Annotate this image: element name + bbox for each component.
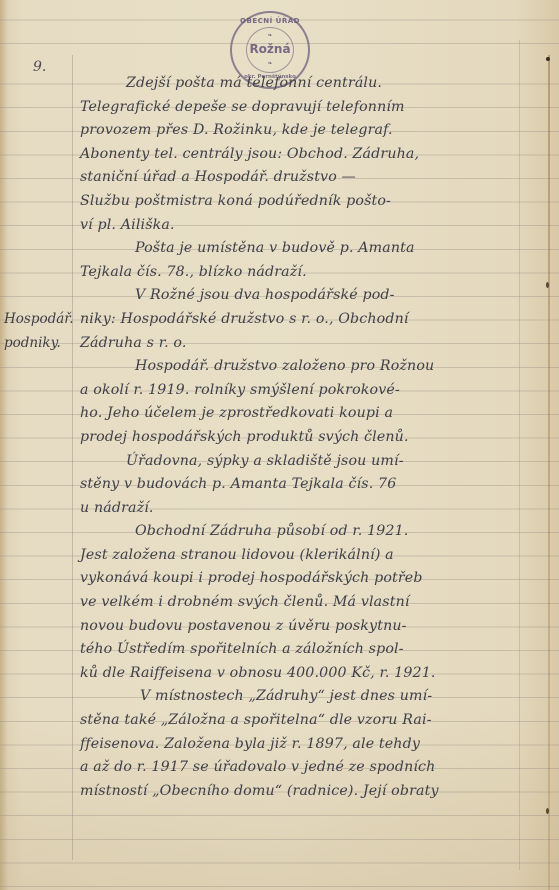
stamp-top-text: OBECNÍ ÚŘAD [232,17,308,25]
text-line: a až do r. 1917 se úřadovalo v jedné ze … [80,756,520,780]
text-line: Tejkala čís. 78., blízko nádraží. [80,261,520,285]
text-line: ffeisenova. Založena byla již r. 1897, a… [80,733,520,757]
text-line: stěny v budovách p. Amanta Tejkala čís. … [80,473,520,497]
scanned-page: 9. OBECNÍ ÚŘAD ❧ Rožná ❧ okr. Pernštýnsk… [0,0,559,890]
text-line: Telegrafické depeše se dopravují telefon… [80,96,520,120]
text-line: Zádruha s r. o. [80,332,520,356]
text-line: ve velkém i drobném svých členů. Má vlas… [80,591,520,615]
text-line: niky: Hospodářské družstvo s r. o., Obch… [80,308,520,332]
text-line: Jest založena stranou lidovou (klerikáln… [80,544,520,568]
margin-note: podniky. [4,332,72,356]
binding-fold [548,55,550,890]
handwritten-text-body: Zdejší pošta má telefonní centrálu. Tele… [80,72,520,803]
text-line: ků dle Raiffeisena v obnosu 400.000 Kč, … [80,662,520,686]
stamp-center-text: Rožná [232,42,308,56]
text-line: prodej hospodářských produktů svých člen… [80,426,520,450]
text-line: stěna také „Záložna a spořitelna“ dle vz… [80,709,520,733]
text-line: staniční úřad a Hospodář. družstvo — [80,166,520,190]
text-line: Abonenty tel. centrály jsou: Obchod. Zád… [80,143,520,167]
left-margin-line [72,55,73,860]
text-line: V místnostech „Zádruhy“ jest dnes umí- [80,685,520,709]
text-line: Úřadovna, sýpky a skladiště jsou umí- [80,450,520,474]
text-line: a okolí r. 1919. rolníky smýšlení pokrok… [80,379,520,403]
text-line: Obchodní Zádruha působí od r. 1921. [80,520,520,544]
margin-note: Hospodář. [4,308,72,332]
text-line: novou budovu postavenou z úvěru poskytnu… [80,615,520,639]
binding-hole [546,282,549,288]
stamp-ornament-icon: ❧ [232,60,308,67]
text-line: vykonává koupi i prodej hospodářských po… [80,567,520,591]
text-line: tého Ústředím spořitelních a záložních s… [80,638,520,662]
page-number: 9. [33,59,46,75]
text-line: Službu poštmistra koná podúředník pošto- [80,190,520,214]
binding-hole [546,57,550,61]
stamp-ornament-icon: ❧ [232,32,308,39]
text-line: ho. Jeho účelem je zprostředkovati koupi… [80,402,520,426]
text-line: ví pl. Ailiška. [80,214,520,238]
text-line: V Rožné jsou dva hospodářské pod- [80,284,520,308]
text-line: Pošta je umístěna v budově p. Amanta [80,237,520,261]
text-line: Zdejší pošta má telefonní centrálu. [80,72,520,96]
text-line: místností „Obecního domu“ (radnice). Jej… [80,780,520,804]
text-line: provozem přes D. Rožinku, kde je telegra… [80,119,520,143]
binding-hole [546,808,549,814]
text-line: Hospodář. družstvo založeno pro Rožnou [80,355,520,379]
text-line: u nádraží. [80,497,520,521]
